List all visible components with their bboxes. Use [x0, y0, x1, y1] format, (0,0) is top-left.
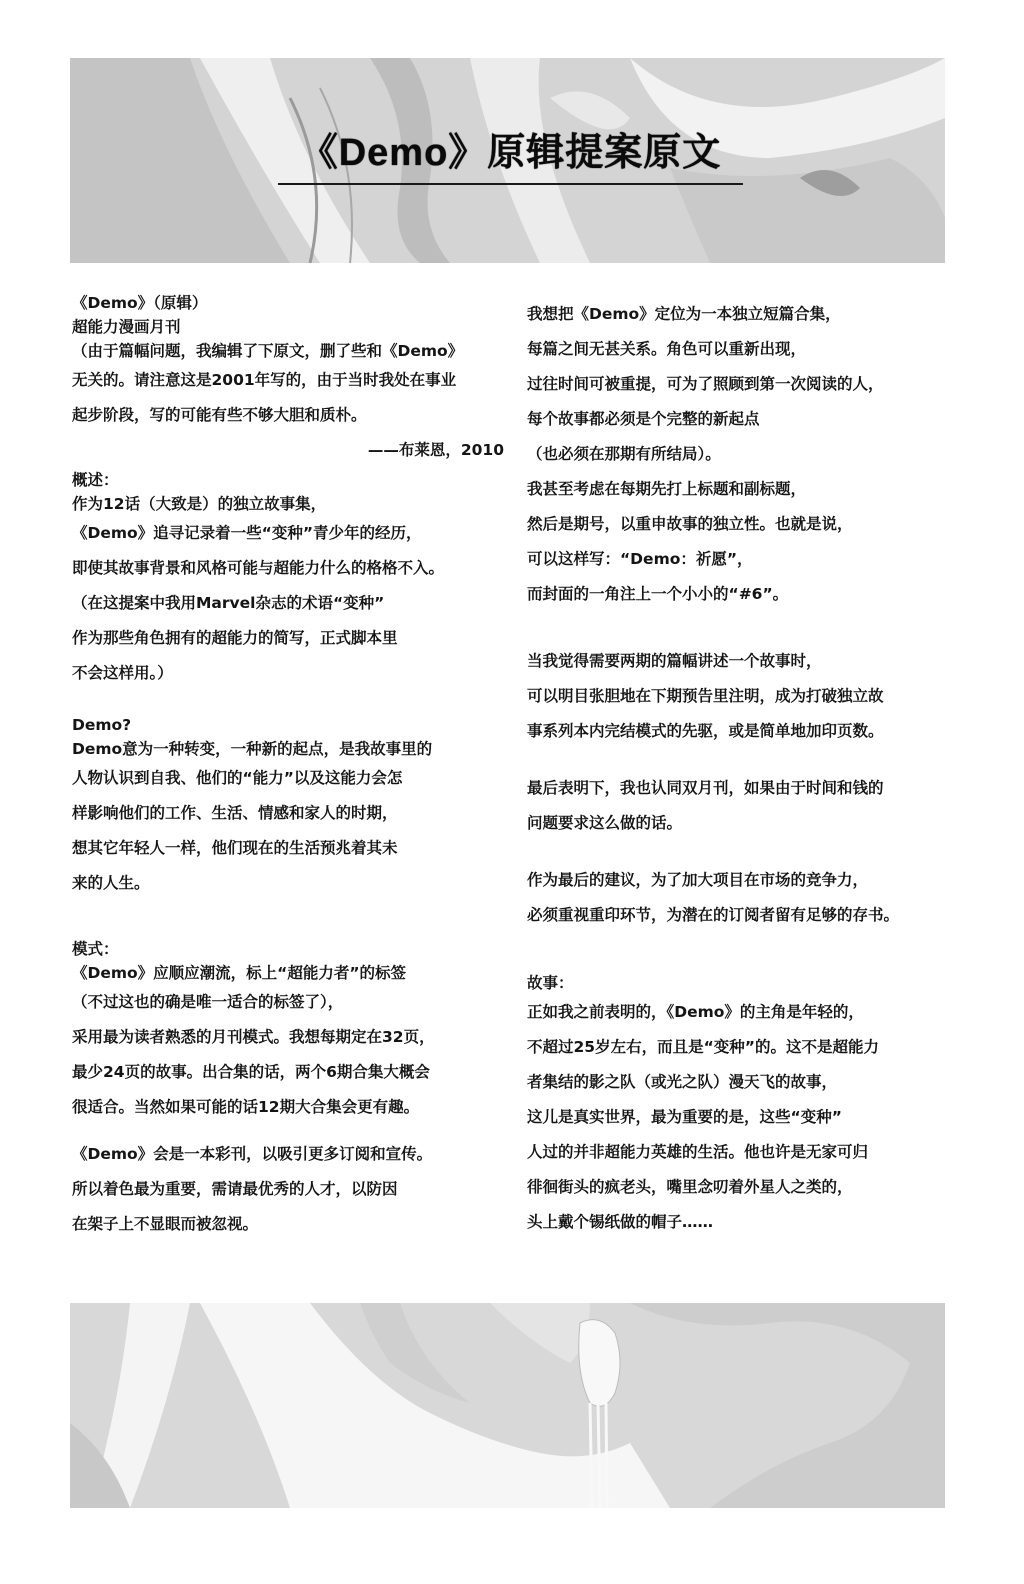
demo-meaning-line: 人物认识到自我、他们的“能力”以及这能力会怎: [72, 761, 512, 796]
overview-line: 即使其故事背景和风格可能与超能力什么的格格不入。: [72, 551, 512, 586]
positioning-line: 可以这样写：“Demo：祈愿”，: [527, 542, 957, 577]
story-line: 正如我之前表明的，《Demo》的主角是年轻的，: [527, 995, 957, 1030]
suggestion-section: 作为最后的建议，为了加大项目在市场的竞争力， 必须重视重印环节，为潜在的订阅者留…: [527, 863, 957, 933]
demo-meaning-line: 想其它年轻人一样，他们现在的生活预兆着其未: [72, 831, 512, 866]
section-heading-demo: Demo?: [72, 713, 512, 737]
left-column: 《Demo》（原辑） 超能力漫画月刊 （由于篇幅问题，我编辑了下原文，删了些和《…: [72, 291, 512, 1242]
positioning-line: 而封面的一角注上一个小小的“#6”。: [527, 577, 957, 612]
intro-title: 《Demo》（原辑）: [72, 291, 512, 315]
spacer: [72, 691, 512, 713]
demo-meaning-section: Demo? Demo意为一种转变，一种新的起点，是我故事里的 人物认识到自我、他…: [72, 713, 512, 901]
story-line: 头上戴个锡纸做的帽子……: [527, 1205, 957, 1240]
format-line: 采用最为读者熟悉的月刊模式。我想每期定在32页，: [72, 1020, 512, 1055]
intro-note-line: 无关的。请注意这是2001年写的，由于当时我处在事业: [72, 363, 512, 398]
positioning-line: （也必须在那期有所结局）。: [527, 437, 957, 472]
intro-section: 《Demo》（原辑） 超能力漫画月刊 （由于篇幅问题，我编辑了下原文，删了些和《…: [72, 291, 512, 468]
spacer: [527, 612, 957, 644]
overview-line: （在这提案中我用Marvel杂志的术语“变种”: [72, 586, 512, 621]
right-column: 我想把《Demo》定位为一本独立短篇合集， 每篇之间无甚关系。角色可以重新出现，…: [527, 297, 957, 1240]
spacer: [527, 841, 957, 863]
two-issue-section: 当我觉得需要两期的篇幅讲述一个故事时， 可以明目张胆地在下期预告里注明，成为打破…: [527, 644, 957, 749]
story-section: 故事： 正如我之前表明的，《Demo》的主角是年轻的， 不超过25岁左右，而且是…: [527, 971, 957, 1240]
page-title: 《Demo》原辑提案原文: [278, 128, 743, 178]
overview-line: 作为那些角色拥有的超能力的简写，正式脚本里: [72, 621, 512, 656]
suggestion-line: 作为最后的建议，为了加大项目在市场的竞争力，: [527, 863, 957, 898]
section-heading-overview: 概述：: [72, 468, 512, 492]
two-issue-line: 可以明目张胆地在下期预告里注明，成为打破独立故: [527, 679, 957, 714]
intro-note-line: （由于篇幅问题，我编辑了下原文，删了些和《Demo》: [72, 339, 512, 363]
bimonthly-section: 最后表明下，我也认同双月刊，如果由于时间和钱的 问题要求这么做的话。: [527, 771, 957, 841]
overview-section: 概述： 作为12话（大致是）的独立故事集， 《Demo》追寻记录着一些“变种”青…: [72, 468, 512, 691]
positioning-line: 然后是期号，以重申故事的独立性。也就是说，: [527, 507, 957, 542]
story-line: 这儿是真实世界，最为重要的是，这些“变种”: [527, 1100, 957, 1135]
page-title-container: 《Demo》原辑提案原文: [278, 128, 743, 178]
demo-meaning-line: 来的人生。: [72, 866, 512, 901]
title-underline-divider: [278, 183, 743, 185]
section-heading-story: 故事：: [527, 971, 957, 995]
story-line: 徘徊街头的疯老头，嘴里念叨着外星人之类的，: [527, 1170, 957, 1205]
suggestion-line: 必须重视重印环节，为潜在的订阅者留有足够的存书。: [527, 898, 957, 933]
color-line: 所以着色最为重要，需请最优秀的人才，以防因: [72, 1172, 512, 1207]
positioning-line: 我想把《Demo》定位为一本独立短篇合集，: [527, 297, 957, 332]
positioning-line: 每篇之间无甚关系。角色可以重新出现，: [527, 332, 957, 367]
overview-line: 作为12话（大致是）的独立故事集，: [72, 492, 512, 516]
bimonthly-line: 问题要求这么做的话。: [527, 806, 957, 841]
two-issue-line: 当我觉得需要两期的篇幅讲述一个故事时，: [527, 644, 957, 679]
intro-subtitle: 超能力漫画月刊: [72, 315, 512, 339]
manga-artwork-illustration: [70, 1303, 945, 1508]
section-heading-format: 模式：: [72, 937, 512, 961]
author-signature: ——布莱恩，2010: [72, 433, 512, 468]
format-line: 《Demo》应顺应潮流，标上“超能力者”的标签: [72, 961, 512, 985]
intro-note-line: 起步阶段，写的可能有些不够大胆和质朴。: [72, 398, 512, 433]
spacer: [527, 749, 957, 771]
positioning-line: 过往时间可被重提，可为了照顾到第一次阅读的人，: [527, 367, 957, 402]
story-line: 者集结的影之队（或光之队）漫天飞的故事，: [527, 1065, 957, 1100]
overview-line: 《Demo》追寻记录着一些“变种”青少年的经历，: [72, 516, 512, 551]
color-line: 《Demo》会是一本彩刊，以吸引更多订阅和宣传。: [72, 1137, 512, 1172]
story-line: 人过的并非超能力英雄的生活。他也许是无家可归: [527, 1135, 957, 1170]
format-line: （不过这也的确是唯一适合的标签了），: [72, 985, 512, 1020]
demo-meaning-line: 样影响他们的工作、生活、情感和家人的时期，: [72, 796, 512, 831]
format-line: 很适合。当然如果可能的话12期大合集会更有趣。: [72, 1090, 512, 1125]
format-section: 模式： 《Demo》应顺应潮流，标上“超能力者”的标签 （不过这也的确是唯一适合…: [72, 937, 512, 1242]
footer-artwork: [70, 1303, 945, 1508]
spacer: [72, 1125, 512, 1137]
positioning-line: 我甚至考虑在每期先打上标题和副标题，: [527, 472, 957, 507]
story-line: 不超过25岁左右，而且是“变种”的。这不是超能力: [527, 1030, 957, 1065]
overview-line: 不会这样用。）: [72, 656, 512, 691]
color-line: 在架子上不显眼而被忽视。: [72, 1207, 512, 1242]
positioning-line: 每个故事都必须是个完整的新起点: [527, 402, 957, 437]
format-line: 最少24页的故事。出合集的话，两个6期合集大概会: [72, 1055, 512, 1090]
bimonthly-line: 最后表明下，我也认同双月刊，如果由于时间和钱的: [527, 771, 957, 806]
demo-meaning-line: Demo意为一种转变，一种新的起点，是我故事里的: [72, 737, 512, 761]
two-issue-line: 事系列本内完结模式的先驱，或是简单地加印页数。: [527, 714, 957, 749]
spacer: [527, 933, 957, 971]
spacer: [72, 901, 512, 937]
positioning-section: 我想把《Demo》定位为一本独立短篇合集， 每篇之间无甚关系。角色可以重新出现，…: [527, 297, 957, 612]
